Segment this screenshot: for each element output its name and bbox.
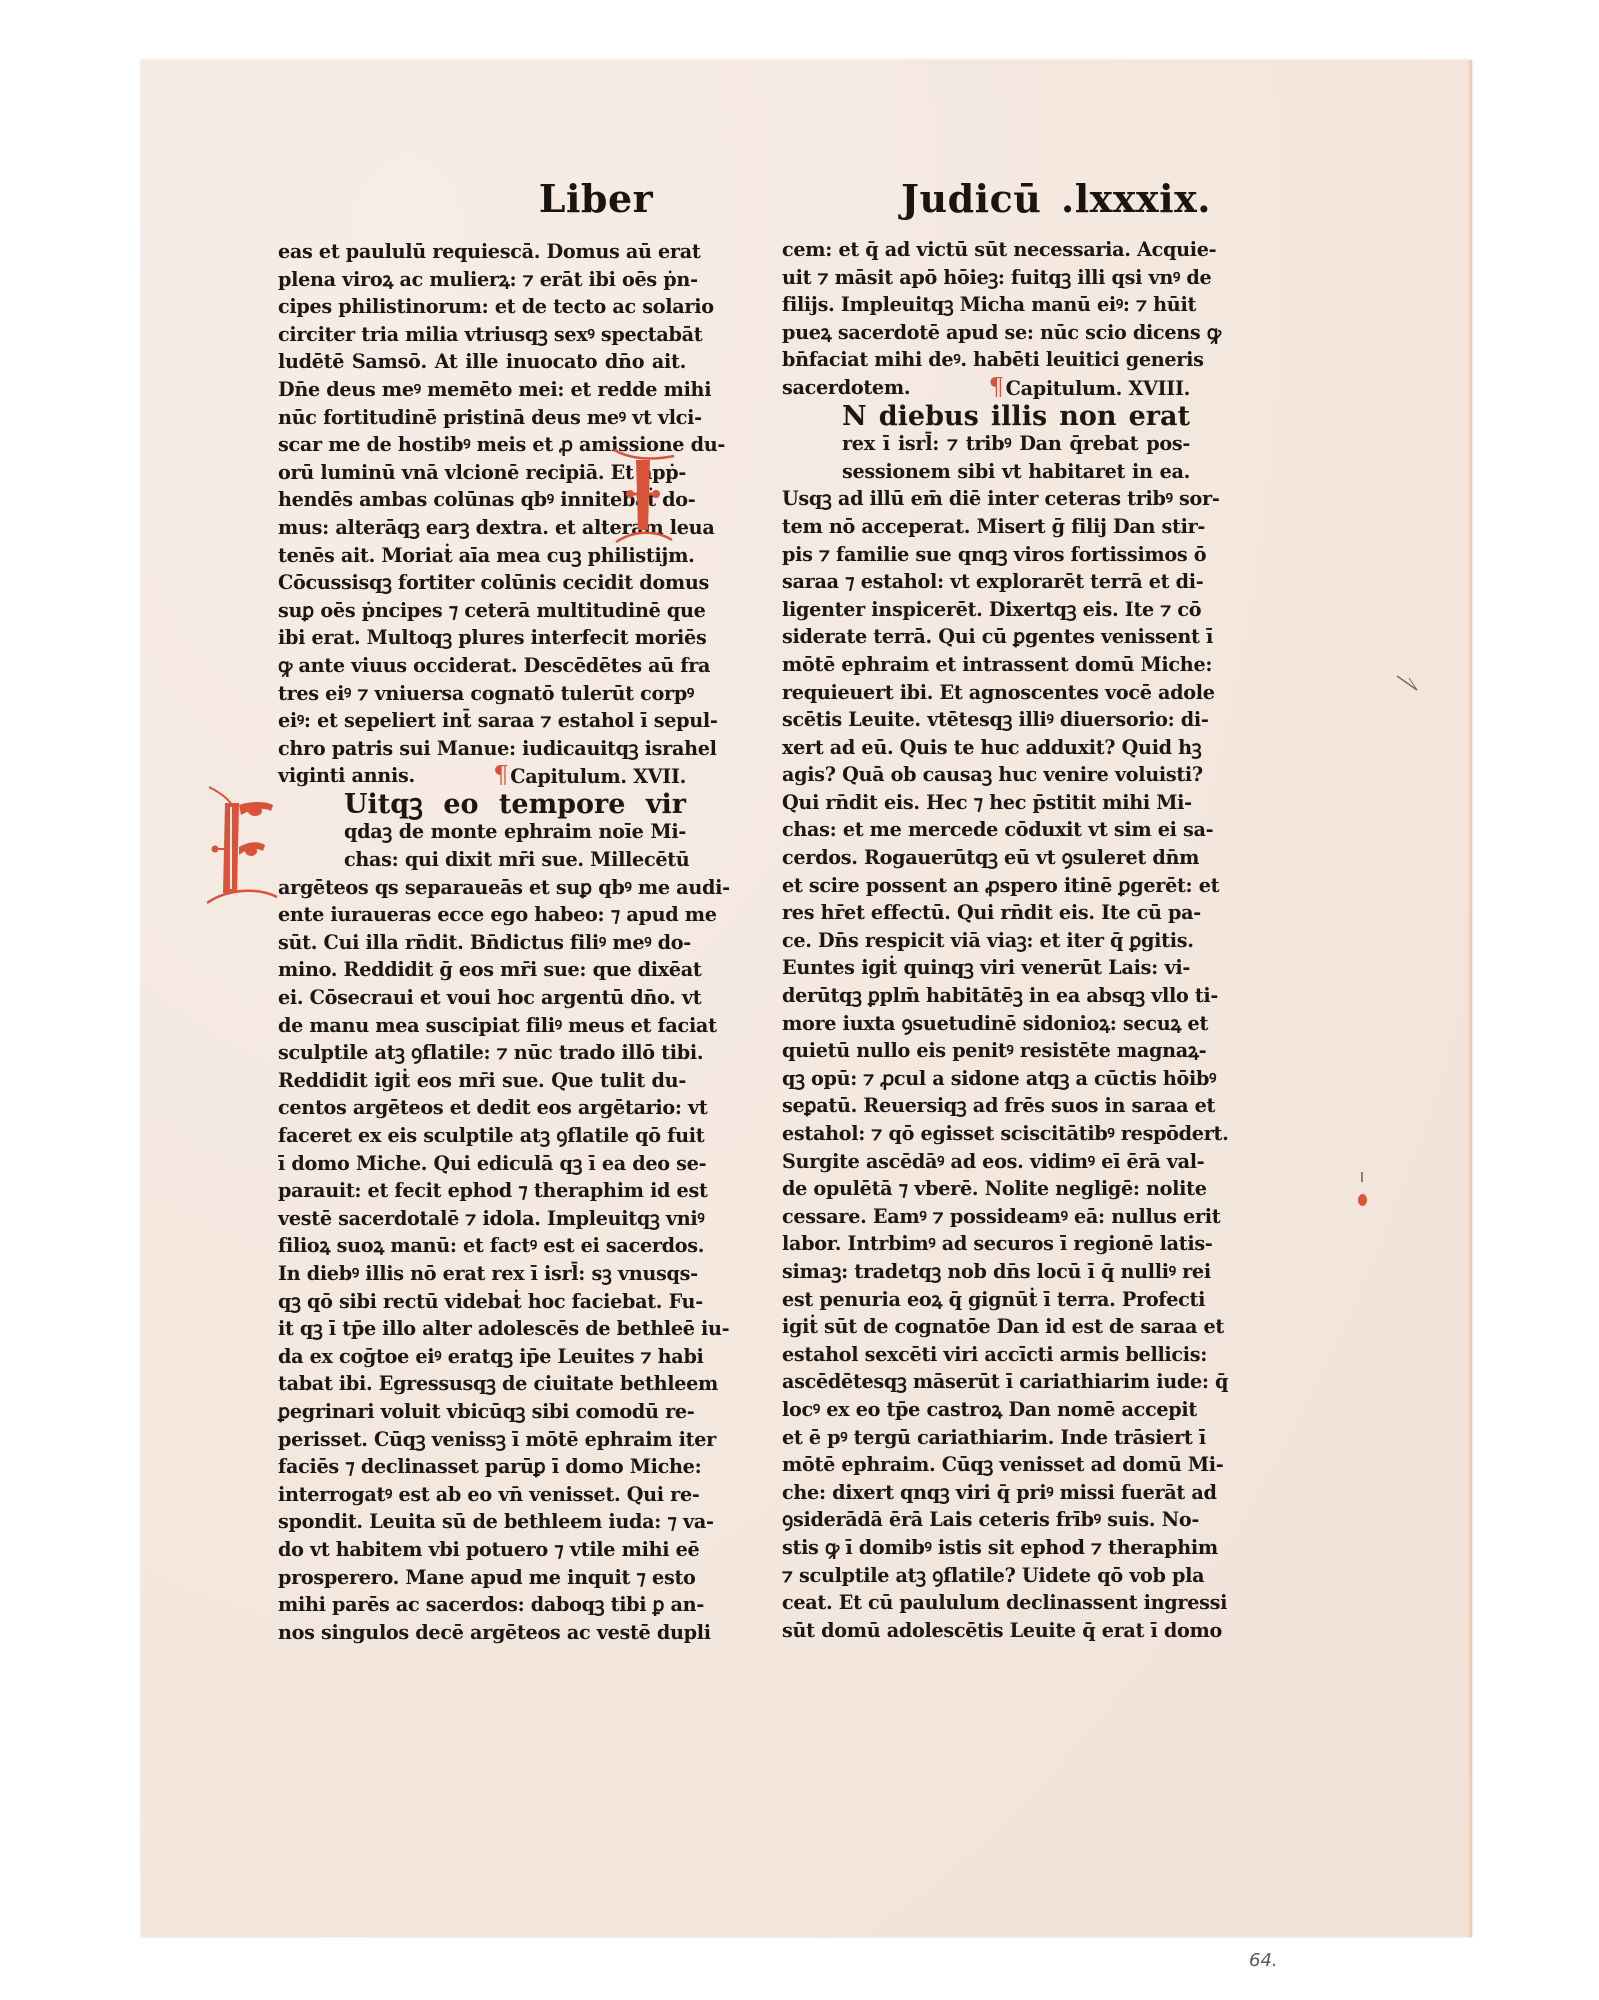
text-line: et ē pꝰ tergū cariathiarim. Inde trāsier… <box>782 1424 1190 1452</box>
text-line: mōtē ephraim et intrassent domū Miche: <box>782 651 1190 679</box>
text-line: cerdos. Rogauerūtqꝫ eū vt ꝯsuleret dn̄m <box>782 844 1190 872</box>
pilcrow-icon: ¶ <box>989 374 1004 402</box>
pilcrow-icon: ¶ <box>493 762 508 790</box>
text-line: Reddidit igiṫ eos mr̄i sue. Que tulit du… <box>278 1067 686 1095</box>
text-line: ī domo Miche. Qui ediculā qꝫ ī ea deo se… <box>278 1150 686 1178</box>
paper-fleck <box>1361 1172 1363 1182</box>
text-line: Euntes igiṫ quinqꝫ viri venerūt Lais: vi… <box>782 954 1190 982</box>
right-text-column: cem: et q̄ ad victū sūt necessaria. Acqu… <box>782 236 1190 1644</box>
incunabulum-leaf: Liber Judicū .lxxxix. eas et paululū req… <box>141 60 1472 1937</box>
text-line: ꝙ ante viuus occiderat. Descēdētes aū fr… <box>278 652 686 680</box>
text-line: eas et paululū requiescā. Domus aū erat <box>278 238 686 266</box>
text-line: sculptile atꝫ ꝯflatile: ⁊ nūc trado illō… <box>278 1039 686 1067</box>
text-line: Qui rn̄dit eis. Hec ⁊ hec p̄stitit mihi … <box>782 789 1190 817</box>
text-line: centos argēteos et dedit eos argētario: … <box>278 1094 686 1122</box>
text-line: In diebꝰ illis nō erat rex ī isrl̄: sꝫ v… <box>278 1260 686 1288</box>
text-line: requieuert ibi. Et agnoscentes vocē adol… <box>782 679 1190 707</box>
rubricated-initial-f-icon <box>207 785 277 905</box>
text-line: estahol: ⁊ qō egisset sciscitātibꝰ respō… <box>782 1120 1190 1148</box>
text-line: Usqꝫ ad illū em̄ diē inter ceteras tribꝰ… <box>782 485 1190 513</box>
text-line: locꝰ ex eo tp̄e castroꝝ Dan nomē accepit <box>782 1396 1190 1424</box>
text-line: nūc fortitudinē pristinā deus meꝰ vt vlc… <box>278 404 686 432</box>
text-line: de opulētā ⁊ vberē. Nolite negligē: noli… <box>782 1175 1190 1203</box>
text-line: seꝑatū. Reuersiqꝫ ad frēs suos in saraa … <box>782 1092 1190 1120</box>
chapter-label: Capitulum. XVIII. <box>1006 375 1190 403</box>
text-line: bn̄faciat mihi deꝰ. habēti leuitici gene… <box>782 346 1190 374</box>
text-line: cem: et q̄ ad victū sūt necessaria. Acqu… <box>782 236 1190 264</box>
text-line: igiṫ sūt de cognatōe Dan id est de saraa… <box>782 1313 1190 1341</box>
text-line: ludētē Samsō. At ille inuocato dn̄o ait. <box>278 348 686 376</box>
right-column-indented-lines: rex ī isrl̄: ⁊ tribꝰ Dan q̄rebat pos-ses… <box>782 430 1190 485</box>
text-line: xert ad eū. Quis te huc adduxit? Quid hꝫ <box>782 734 1190 762</box>
chapter-label: Capitulum. XVII. <box>510 763 686 791</box>
text-line: qdaꝫ de monte ephraim noīe Mi- <box>278 818 686 846</box>
text-line: mōtē ephraim. Cūqꝫ venisset ad domū Mi- <box>782 1451 1190 1479</box>
text-line: prosperero. Mane apud me inquit ⁊ esto <box>278 1564 686 1592</box>
text-line: parauit: et fecit ephod ⁊ theraphim id e… <box>278 1177 686 1205</box>
text-line: ligenter inspicerēt. Dixertqꝫ eis. Ite ⁊… <box>782 596 1190 624</box>
text-line: do vt habitem vbi potuero ⁊ vtile mihi e… <box>278 1536 686 1564</box>
text-line: faceret ex eis sculptile atꝫ ꝯflatile qō… <box>278 1122 686 1150</box>
text-line: it qꝫ ī tp̄e illo alter adolescēs de bet… <box>278 1315 686 1343</box>
text-line: quietū nullo eis penitꝰ resistēte magnaꝝ… <box>782 1037 1190 1065</box>
text-line: perisset. Cūqꝫ venissꝫ ī mōtē ephraim it… <box>278 1426 686 1454</box>
text-line: est penuria eoꝝ q̄ gignūṫ ī terra. Profe… <box>782 1286 1190 1314</box>
red-ink-spot <box>1358 1194 1367 1206</box>
text-line: tem nō acceperat. Misert ḡ filij Dan sti… <box>782 513 1190 541</box>
folio-number: .lxxxix. <box>1061 176 1211 221</box>
text-line: da ex coḡtoe eiꝰ eratqꝫ ip̄e Leuites ⁊ h… <box>278 1343 686 1371</box>
text-line: mihi parēs ac sacerdos: daboqꝫ tibi ꝑ an… <box>278 1591 686 1619</box>
left-column-lines-after-chapter: qdaꝫ de monte ephraim noīe Mi-chas: qui … <box>278 818 686 1646</box>
text-line: cessare. Eamꝰ ⁊ possideamꝰ eā: nullus er… <box>782 1203 1190 1231</box>
chapter-xviii-heading-line: sacerdotem. ¶ Capitulum. XVIII. <box>782 374 1190 403</box>
text-line: agis? Quā ob causaꝫ huc venire voluisti? <box>782 761 1190 789</box>
text-line: res hr̄et effectū. Qui rn̄dit eis. Ite c… <box>782 899 1190 927</box>
text-line: Cōcussisqꝫ fortiter colūnis cecidit domu… <box>278 569 686 597</box>
text-line: chas: et me mercede cōduxit vt sim ei sa… <box>782 816 1190 844</box>
right-column-lines-after-chapter: Usqꝫ ad illū em̄ diē inter ceteras tribꝰ… <box>782 485 1190 1644</box>
text-line: ꝑegrinari voluit vbicūqꝫ sibi comodū re- <box>278 1398 686 1426</box>
text-line: pis ⁊ familie sue qnqꝫ viros fortissimos… <box>782 541 1190 569</box>
chapter-heading: ¶ Capitulum. XVIII. <box>989 374 1190 403</box>
right-column-lines-before-chapter: cem: et q̄ ad victū sūt necessaria. Acqu… <box>782 236 1190 374</box>
text-line: chro patris sui Manue: iudicauitqꝫ israh… <box>278 735 686 763</box>
incipit-line: Uitqꝫ eo tempore vir <box>278 791 686 819</box>
text-line: filijs. Impleuitqꝫ Micha manū eiꝰ: ⁊ hūi… <box>782 291 1190 319</box>
text-line: che: dixert qnqꝫ viri q̄ priꝰ missi fuer… <box>782 1479 1190 1507</box>
running-head-book-title: Judicū <box>901 176 1041 221</box>
text-line: ente iuraueras ecce ego habeo: ⁊ apud me <box>278 901 686 929</box>
text-line: labor. Intrbimꝰ ad securos ī regionē lat… <box>782 1230 1190 1258</box>
text-line: derūtqꝫ ꝑplm̄ habitātēꝫ in ea absqꝫ vllo… <box>782 982 1190 1010</box>
text-line: estahol sexcēti viri accīcti armis belli… <box>782 1341 1190 1369</box>
text-line: cipes philistinorum: et de tecto ac sola… <box>278 293 686 321</box>
text-line: interrogatꝰ est ab eo vn̄ venisset. Qui … <box>278 1481 686 1509</box>
text-line: scētis Leuite. vtētesqꝫ illiꝰ diuersorio… <box>782 706 1190 734</box>
text-line: mino. Reddidit ḡ eos mr̄i sue: que dixēa… <box>278 956 686 984</box>
text-line: Dn̄e deus meꝰ memēto mei: et redde mihi <box>278 376 686 404</box>
text-line: siderate terrā. Qui cū ꝑgentes venissent… <box>782 623 1190 651</box>
chapter-heading: ¶ Capitulum. XVII. <box>493 762 686 791</box>
text-line: sūt. Cui illa rn̄dit. Bn̄dictus filiꝰ me… <box>278 929 686 957</box>
text-line: ce. Dn̄s respicit viā viaꝫ: et iter q̄ ꝑ… <box>782 927 1190 955</box>
text-line: qꝫ opū: ⁊ ꝓcul a sidone atqꝫ a cūctis hō… <box>782 1065 1190 1093</box>
text-line: tabat ibi. Egressusqꝫ de ciuitate bethle… <box>278 1370 686 1398</box>
text-line: sessionem sibi vt habitaret in ea. <box>782 458 1190 486</box>
text-line: ascēdētesqꝫ māserūt ī cariathiarim iude:… <box>782 1368 1190 1396</box>
text-line: more iuxta ꝯsuetudinē sidonioꝝ: secuꝝ et <box>782 1010 1190 1038</box>
text-line: simaꝫ: tradetqꝫ nob dn̄s locū ī q̄ nulli… <box>782 1258 1190 1286</box>
rubricated-initial-i-icon <box>614 446 674 546</box>
text-line: vestē sacerdotalē ⁊ idola. Impleuitqꝫ vn… <box>278 1205 686 1233</box>
text-line: rex ī isrl̄: ⁊ tribꝰ Dan q̄rebat pos- <box>782 430 1190 458</box>
text-line: ⁊ sculptile atꝫ ꝯflatile? Uidete qō vob … <box>782 1562 1190 1590</box>
pencil-annotation: 64. <box>1249 1950 1278 1971</box>
text-line: ei. Cōsecraui et voui hoc argentū dn̄o. … <box>278 984 686 1012</box>
running-head-left: Liber <box>436 176 756 221</box>
text-line: ibi erat. Multoqꝫ plures interfecit mori… <box>278 624 686 652</box>
text-line: sūt domū adolescētis Leuite q̄ erat ī do… <box>782 1617 1190 1645</box>
text-line: chas: qui dixit mr̄i sue. Millecētū <box>278 846 686 874</box>
text-line: uit ⁊ māsit apō hōieꝫ: fuitqꝫ illi qsi v… <box>782 264 1190 292</box>
text-line: plena viroꝝ ac mulierꝝ: ⁊ erāt ibi oēs ṗ… <box>278 266 686 294</box>
text-line: pueꝝ sacerdotē apud se: nūc scio dicens … <box>782 319 1190 347</box>
text-line: qꝫ qō sibi rectū videbaṫ hoc faciebat. F… <box>278 1288 686 1316</box>
text-line: eiꝰ: et sepeliert int̄ saraa ⁊ estahol ī… <box>278 707 686 735</box>
text-line: nos singulos decē argēteos ac vestē dupl… <box>278 1619 686 1647</box>
chapter-preceding-text: viginti annis. <box>278 762 415 791</box>
text-line: ꝯsiderādā ērā Lais ceteris frībꝰ suis. N… <box>782 1506 1190 1534</box>
chapter-xvii-heading-line: viginti annis. ¶ Capitulum. XVII. <box>278 762 686 791</box>
text-line: saraa ⁊ estahol: vt explorarēt terrā et … <box>782 568 1190 596</box>
text-line: argēteos qs separaueās et suꝑ qbꝰ me aud… <box>278 874 686 902</box>
text-line: suꝑ oēs ṗncipes ⁊ ceterā multitudinē que <box>278 597 686 625</box>
incipit-line: N diebus illis non erat <box>782 403 1190 431</box>
text-line: stis ꝙ ī domibꝰ istis sit ephod ⁊ therap… <box>782 1534 1190 1562</box>
text-line: Surgite ascēdāꝰ ad eos. vidimꝰ eī ērā va… <box>782 1148 1190 1176</box>
text-line: faciēs ⁊ declinasset parūꝑ ī domo Miche: <box>278 1453 686 1481</box>
text-line: tres eiꝰ ⁊ vniuersa cognatō tulerūt corp… <box>278 680 686 708</box>
chapter-preceding-text: sacerdotem. <box>782 374 910 403</box>
text-line: filioꝝ suoꝝ manū: et factꝰ est ei sacerd… <box>278 1232 686 1260</box>
text-line: ceat. Et cū paululum declinassent ingres… <box>782 1589 1190 1617</box>
paper-crease-mark <box>1395 674 1421 696</box>
text-line: spondit. Leuita sū de bethleem iuda: ⁊ v… <box>278 1508 686 1536</box>
text-line: de manu mea suscipiat filiꝰ meus et faci… <box>278 1012 686 1040</box>
text-line: et scire possent an ꝓspero itinē ꝑgerēt:… <box>782 872 1190 900</box>
text-line: circiter tria milia vtriusqꝫ sexꝰ specta… <box>278 321 686 349</box>
